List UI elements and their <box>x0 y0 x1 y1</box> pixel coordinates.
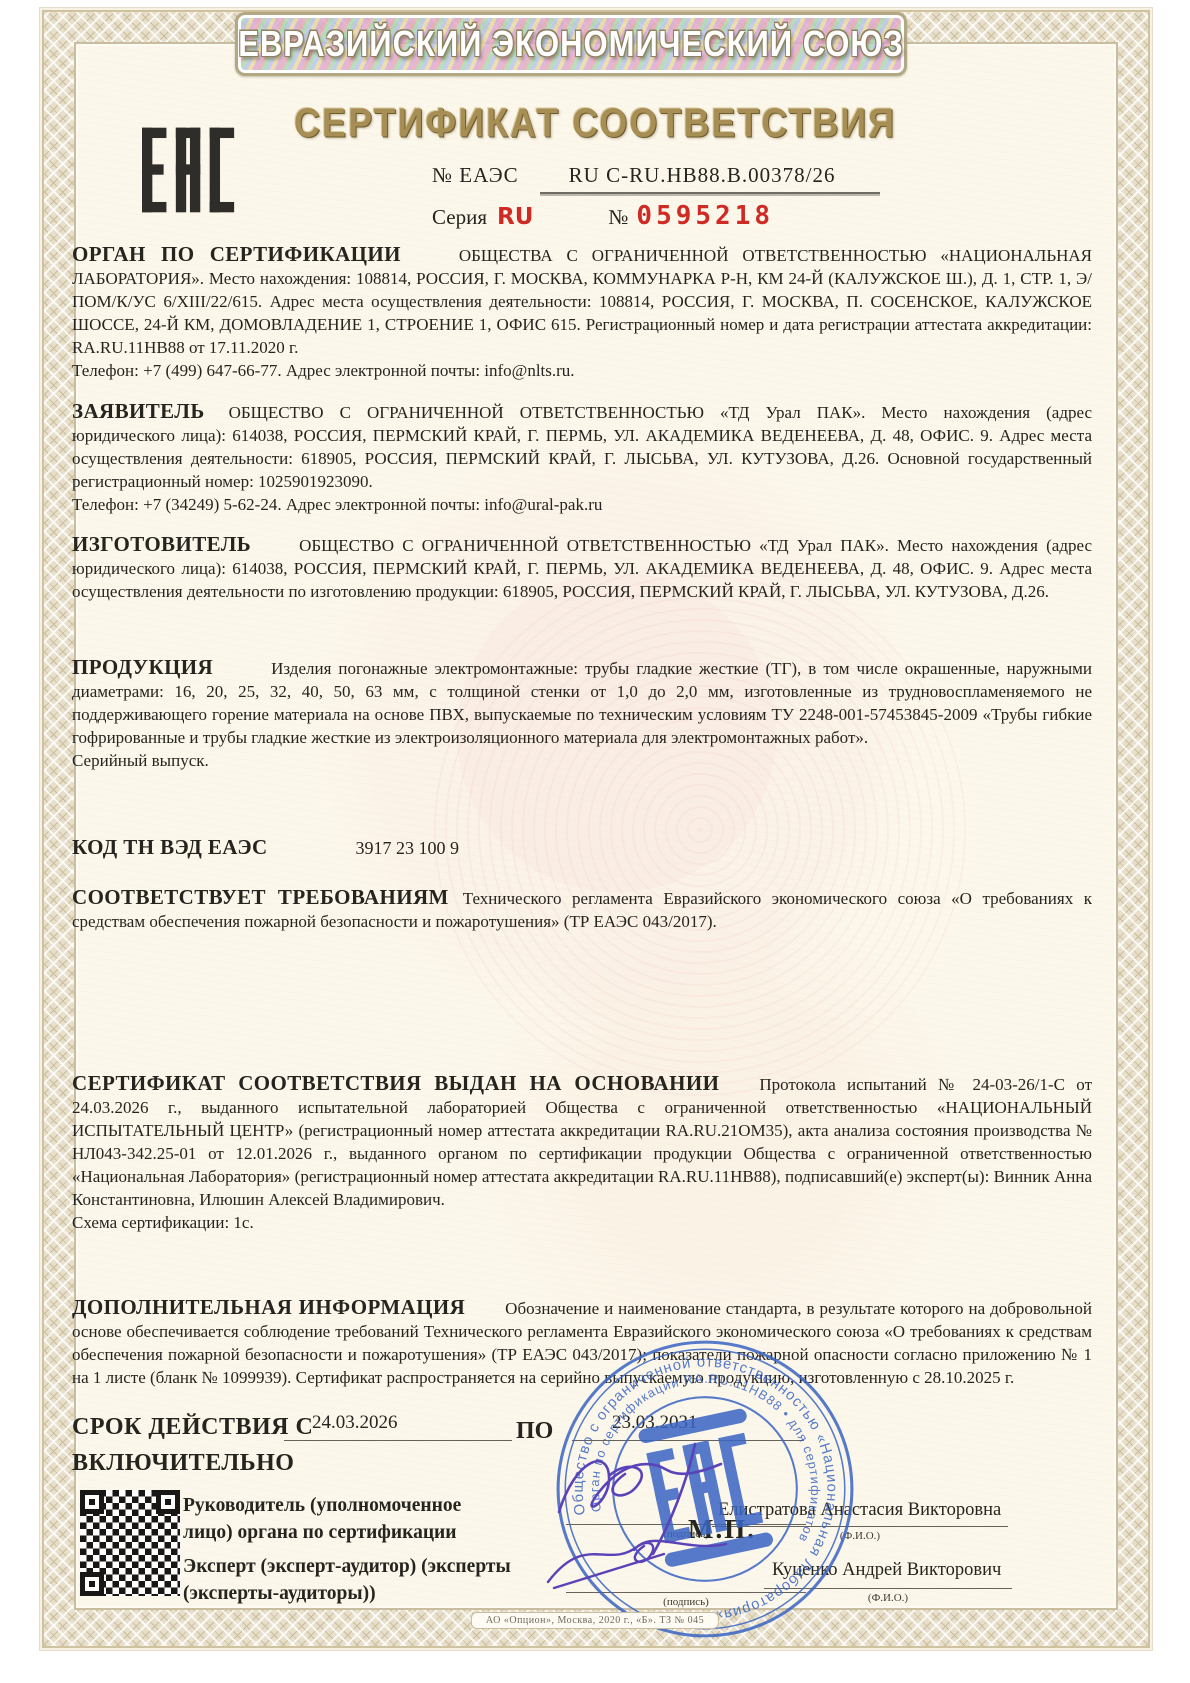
qr-code <box>80 1490 180 1596</box>
applicant-label: ЗАЯВИТЕЛЬ <box>72 399 205 423</box>
certification-scheme: Схема сертификации: 1с. <box>72 1213 254 1232</box>
head-signer-label: Руководитель (уполномоченное лицо) орган… <box>183 1492 513 1546</box>
issue-basis-label: СЕРТИФИКАТ СООТВЕТСТВИЯ ВЫДАН НА ОСНОВАН… <box>72 1071 719 1095</box>
serial-no-sign: № <box>608 205 628 230</box>
series-row: Серия RU № 0595218 <box>432 201 774 231</box>
series-value: RU <box>497 204 533 230</box>
product-label: ПРОДУКЦИЯ <box>72 655 213 679</box>
certificate-title: СЕРТИФИКАТ СООТВЕТСТВИЯ <box>0 99 1190 146</box>
cert-number-underline <box>540 192 880 194</box>
expert-signature-ink <box>538 1520 748 1600</box>
certification-body-label: ОРГАН ПО СЕРТИФИКАЦИИ <box>72 242 401 266</box>
certification-body-phone: Телефон: +7 (499) 647-66-77. Адрес элект… <box>72 361 575 380</box>
section-issue-basis: СЕРТИФИКАТ СООТВЕТСТВИЯ ВЫДАН НА ОСНОВАН… <box>72 1072 1092 1234</box>
cert-number-label: № ЕАЭС <box>432 163 519 187</box>
series-label: Серия <box>432 205 487 230</box>
validity-date-from: 24.03.2026 <box>312 1412 398 1434</box>
certificate-number-row: № ЕАЭСRU C-RU.НВ88.В.00378/26 <box>432 163 836 188</box>
qr-finder-top-right <box>156 1490 180 1514</box>
qr-finder-bottom-left <box>80 1572 104 1596</box>
section-manufacturer: ИЗГОТОВИТЕЛЬОБЩЕСТВО С ОГРАНИЧЕННОЙ ОТВЕ… <box>72 533 1092 603</box>
additional-info-label: ДОПОЛНИТЕЛЬНАЯ ИНФОРМАЦИЯ <box>72 1295 465 1319</box>
expert-signer-label: Эксперт (эксперт-аудитор) (эксперты (экс… <box>183 1553 513 1607</box>
section-applicant: ЗАЯВИТЕЛЬОБЩЕСТВО С ОГРАНИЧЕННОЙ ОТВЕТСТ… <box>72 400 1092 516</box>
tnved-value: 3917 23 100 9 <box>356 838 460 858</box>
serial-number: 0595218 <box>636 201 774 231</box>
section-compliance: СООТВЕТСТВУЕТ ТРЕБОВАНИЯМТехнического ре… <box>72 886 1092 933</box>
product-text: Изделия погонажные электромонтажные: тру… <box>72 659 1092 747</box>
union-name: ЕВРАЗИЙСКИЙ ЭКОНОМИЧЕСКИЙ СОЮЗ <box>238 23 904 65</box>
issue-basis-text: Протокола испытаний № 24-03-26/1-С от 24… <box>72 1075 1092 1209</box>
printing-house-imprint: АО «Опцион», Москва, 2020 г., «Б». ТЗ № … <box>471 1612 719 1629</box>
applicant-text: ОБЩЕСТВО С ОГРАНИЧЕННОЙ ОТВЕТСТВЕННОСТЬЮ… <box>72 403 1092 491</box>
qr-finder-top-left <box>80 1490 104 1514</box>
manufacturer-label: ИЗГОТОВИТЕЛЬ <box>72 532 251 556</box>
validity-from-label: СРОК ДЕЙСТВИЯ С <box>72 1414 313 1441</box>
validity-inclusive-label: ВКЛЮЧИТЕЛЬНО <box>72 1450 294 1477</box>
guilloche-watermark <box>430 560 970 1100</box>
section-certification-body: ОРГАН ПО СЕРТИФИКАЦИИОБЩЕСТВА С ОГРАНИЧЕ… <box>72 243 1092 382</box>
eurasian-union-banner: ЕВРАЗИЙСКИЙ ЭКОНОМИЧЕСКИЙ СОЮЗ <box>235 12 907 76</box>
compliance-label: СООТВЕТСТВУЕТ ТРЕБОВАНИЯМ <box>72 885 449 909</box>
tnved-label: КОД ТН ВЭД ЕАЭС <box>72 835 268 859</box>
cert-number-value: RU C-RU.НВ88.В.00378/26 <box>569 163 836 187</box>
section-product: ПРОДУКЦИЯИзделия погонажные электромонта… <box>72 656 1092 772</box>
section-tnved-code: КОД ТН ВЭД ЕАЭС3917 23 100 9 <box>72 836 1092 860</box>
date-from-underline <box>284 1440 512 1441</box>
product-serial-note: Серийный выпуск. <box>72 751 209 770</box>
certificate-page: { "header": { "union_name": "ЕВРАЗИЙСКИЙ… <box>0 0 1190 1683</box>
applicant-phone: Телефон: +7 (34249) 5-62-24. Адрес элект… <box>72 495 602 514</box>
